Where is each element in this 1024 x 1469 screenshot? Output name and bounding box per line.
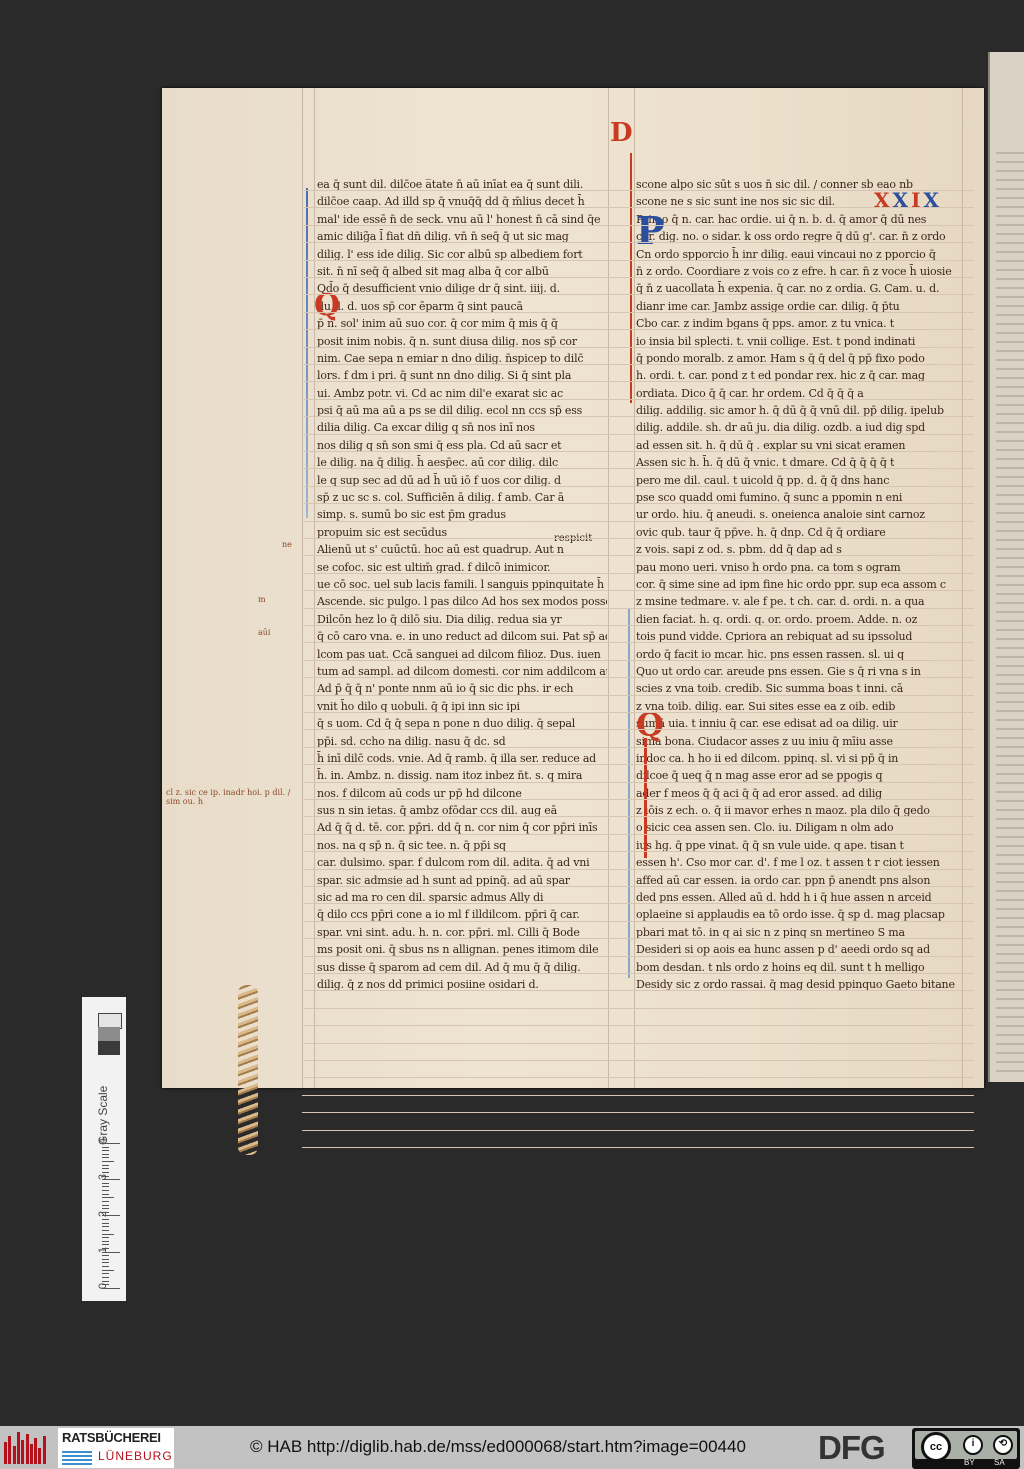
ruling-line xyxy=(302,764,974,765)
ruler-tick xyxy=(102,1176,109,1177)
ruler-tick xyxy=(102,1143,120,1144)
running-head-initial: D xyxy=(610,118,633,148)
ruler-tick xyxy=(102,1252,120,1253)
ruling-line xyxy=(302,242,974,243)
ruling-line xyxy=(302,851,974,852)
ruler-tick xyxy=(102,1259,109,1260)
logo-bar xyxy=(26,1434,29,1464)
ruling-line xyxy=(302,225,974,226)
ruling-line xyxy=(302,642,974,643)
ruler-tick xyxy=(102,1161,114,1162)
ruling-line xyxy=(302,312,974,313)
decorated-initial-q-red: Q xyxy=(314,288,340,323)
cc-icon: cc xyxy=(921,1432,951,1462)
gray-swatch-dark xyxy=(98,1041,120,1055)
ruling-line xyxy=(302,1112,974,1113)
book-icon xyxy=(62,1450,92,1465)
ruling-line xyxy=(302,782,974,783)
ruling-line xyxy=(302,1147,974,1148)
manuscript-leaf: D XXIX ea q̄ sunt dil. dilc̄oe a̅tate n̄… xyxy=(162,88,984,1088)
ruler-tick xyxy=(102,1154,109,1155)
ruler-tick xyxy=(102,1234,114,1235)
ruling-line xyxy=(302,207,974,208)
ruling-line xyxy=(302,712,974,713)
ruler-tick xyxy=(102,1157,109,1158)
cc-badge-inner: cc i ⟲ xyxy=(915,1431,1017,1459)
text-column-left: ea q̄ sunt dil. dilc̄oe a̅tate n̄ aū inī… xyxy=(317,176,607,993)
ruling-line xyxy=(302,347,974,348)
ruling-line xyxy=(302,903,974,904)
ruling-line xyxy=(302,1130,974,1131)
facing-page-text xyxy=(996,152,1024,1072)
ruler-tick xyxy=(102,1277,109,1278)
ruler-tick xyxy=(102,1194,109,1195)
ruler-tick xyxy=(102,1186,109,1187)
gray-scale-target: Gray Scale 4 3 2 1 0 xyxy=(82,997,126,1301)
ruler-tick xyxy=(102,1150,109,1151)
by-attribution-icon: i xyxy=(963,1435,983,1455)
ruler-tick xyxy=(102,1241,109,1242)
ruler-tick xyxy=(102,1226,109,1227)
ruler-tick xyxy=(102,1248,109,1249)
ruling-line xyxy=(302,973,974,974)
ruling-line xyxy=(302,329,974,330)
logo-bar xyxy=(43,1436,46,1464)
gray-scale-label: Gray Scale xyxy=(96,1086,110,1145)
ruler-tick xyxy=(102,1147,109,1148)
parchment-repair-stitching xyxy=(238,985,258,1155)
facing-page-edge xyxy=(988,52,1024,1082)
ruling-line xyxy=(302,1008,974,1009)
dfg-logo[interactable]: DFG xyxy=(818,1429,885,1467)
ruler-tick xyxy=(102,1212,109,1213)
ruling-line xyxy=(302,1077,974,1078)
ruling-line xyxy=(302,747,974,748)
ruler-tick xyxy=(102,1208,109,1209)
ruling-line xyxy=(302,625,974,626)
ruler-tick xyxy=(102,1273,109,1274)
ruler-tick xyxy=(102,1244,109,1245)
by-label: BY xyxy=(964,1458,975,1467)
ruler-tick xyxy=(102,1183,109,1184)
ruling-line xyxy=(302,956,974,957)
ruling-line xyxy=(302,590,974,591)
logo-bar xyxy=(4,1442,7,1464)
ruler-tick xyxy=(102,1172,109,1173)
scan-background: D XXIX ea q̄ sunt dil. dilc̄oe a̅tate n̄… xyxy=(0,0,1024,1426)
ruling-line xyxy=(302,521,974,522)
ruling-line xyxy=(302,921,974,922)
hab-credit-link[interactable]: © HAB http://diglib.hab.de/mss/ed000068/… xyxy=(250,1437,746,1457)
flourish-stem xyxy=(644,738,647,858)
ruling-line xyxy=(302,468,974,469)
ruling-line xyxy=(302,938,974,939)
ruler-tick xyxy=(102,1266,109,1267)
ruling-line xyxy=(302,695,974,696)
flourish-stem xyxy=(628,608,630,978)
ratsbuecherei-bars-logo xyxy=(4,1432,48,1464)
ruling-line xyxy=(302,503,974,504)
ruling-line xyxy=(302,294,974,295)
ruling-line xyxy=(302,608,974,609)
margin-gloss: m xyxy=(258,595,266,604)
ruling-line xyxy=(302,886,974,887)
ruler-tick xyxy=(102,1237,109,1238)
logo-bar xyxy=(13,1446,16,1464)
logo-bar xyxy=(17,1432,20,1464)
ruling-line xyxy=(302,434,974,435)
text-column-right: scone alpo sic sūt s uos n̄ sic dil. / c… xyxy=(636,176,961,993)
ruling-line xyxy=(302,555,974,556)
ruling-line xyxy=(302,799,974,800)
ruling-line xyxy=(302,1095,974,1096)
margin-gloss: aūi xyxy=(258,628,270,637)
ruling-line xyxy=(302,260,974,261)
logo-bar xyxy=(38,1448,41,1464)
ruler-tick xyxy=(102,1205,109,1206)
ratsbuecherei-logo[interactable]: RATSBÜCHEREI LÜNEBURG xyxy=(58,1428,174,1468)
logo-bar xyxy=(34,1438,37,1464)
ruler-tick xyxy=(102,1197,114,1198)
library-city: LÜNEBURG xyxy=(98,1449,173,1463)
ruler-tick xyxy=(102,1262,109,1263)
gray-swatch-mid xyxy=(98,1027,120,1041)
ruling-line xyxy=(302,816,974,817)
ruling-line xyxy=(302,1043,974,1044)
ruling-line xyxy=(302,677,974,678)
share-alike-icon: ⟲ xyxy=(993,1435,1013,1455)
decorated-initial-p-blue: P xyxy=(636,208,665,253)
ruling-line xyxy=(302,834,974,835)
margin-gloss: cl z. sic ce ip. inadr hoi. p dil. / sim… xyxy=(166,788,296,806)
cc-license-badge[interactable]: cc i ⟲ BY SA xyxy=(912,1428,1020,1469)
ruling-line xyxy=(302,573,974,574)
ruler-tick xyxy=(102,1223,109,1224)
ruling-line xyxy=(302,190,974,191)
ruler-tick xyxy=(102,1281,109,1282)
ruling-line xyxy=(302,729,974,730)
ruler-tick xyxy=(102,1255,109,1256)
ruler-tick xyxy=(102,1215,120,1216)
ruler-tick xyxy=(102,1165,109,1166)
ruling-line xyxy=(302,451,974,452)
ruler-tick xyxy=(102,1179,120,1180)
footer-bar: RATSBÜCHEREI LÜNEBURG © HAB http://digli… xyxy=(0,1426,1024,1469)
ruling-line xyxy=(302,416,974,417)
ruler-tick xyxy=(102,1168,109,1169)
ruling-line xyxy=(302,1060,974,1061)
ruling-line xyxy=(302,486,974,487)
ruling-line xyxy=(302,364,974,365)
ruling-line xyxy=(302,538,974,539)
ruling-line xyxy=(302,660,974,661)
ruler-tick xyxy=(102,1219,109,1220)
ruling-line xyxy=(302,277,974,278)
logo-bar xyxy=(21,1440,24,1464)
logo-bar xyxy=(30,1444,33,1464)
ruling-line xyxy=(302,381,974,382)
ruling-line xyxy=(302,399,974,400)
ruler-tick xyxy=(102,1284,109,1285)
sa-label: SA xyxy=(994,1458,1005,1467)
ruling-line xyxy=(302,990,974,991)
ruler-tick xyxy=(102,1190,109,1191)
margin-gloss: ne xyxy=(282,540,292,549)
ruler-tick xyxy=(102,1288,120,1289)
library-name: RATSBÜCHEREI xyxy=(62,1430,161,1445)
ruler-tick xyxy=(102,1230,109,1231)
ruling-line xyxy=(302,869,974,870)
ruling-line xyxy=(302,1025,974,1026)
ruler-tick xyxy=(102,1201,109,1202)
ruler-tick xyxy=(102,1270,114,1271)
logo-bar xyxy=(8,1436,11,1464)
